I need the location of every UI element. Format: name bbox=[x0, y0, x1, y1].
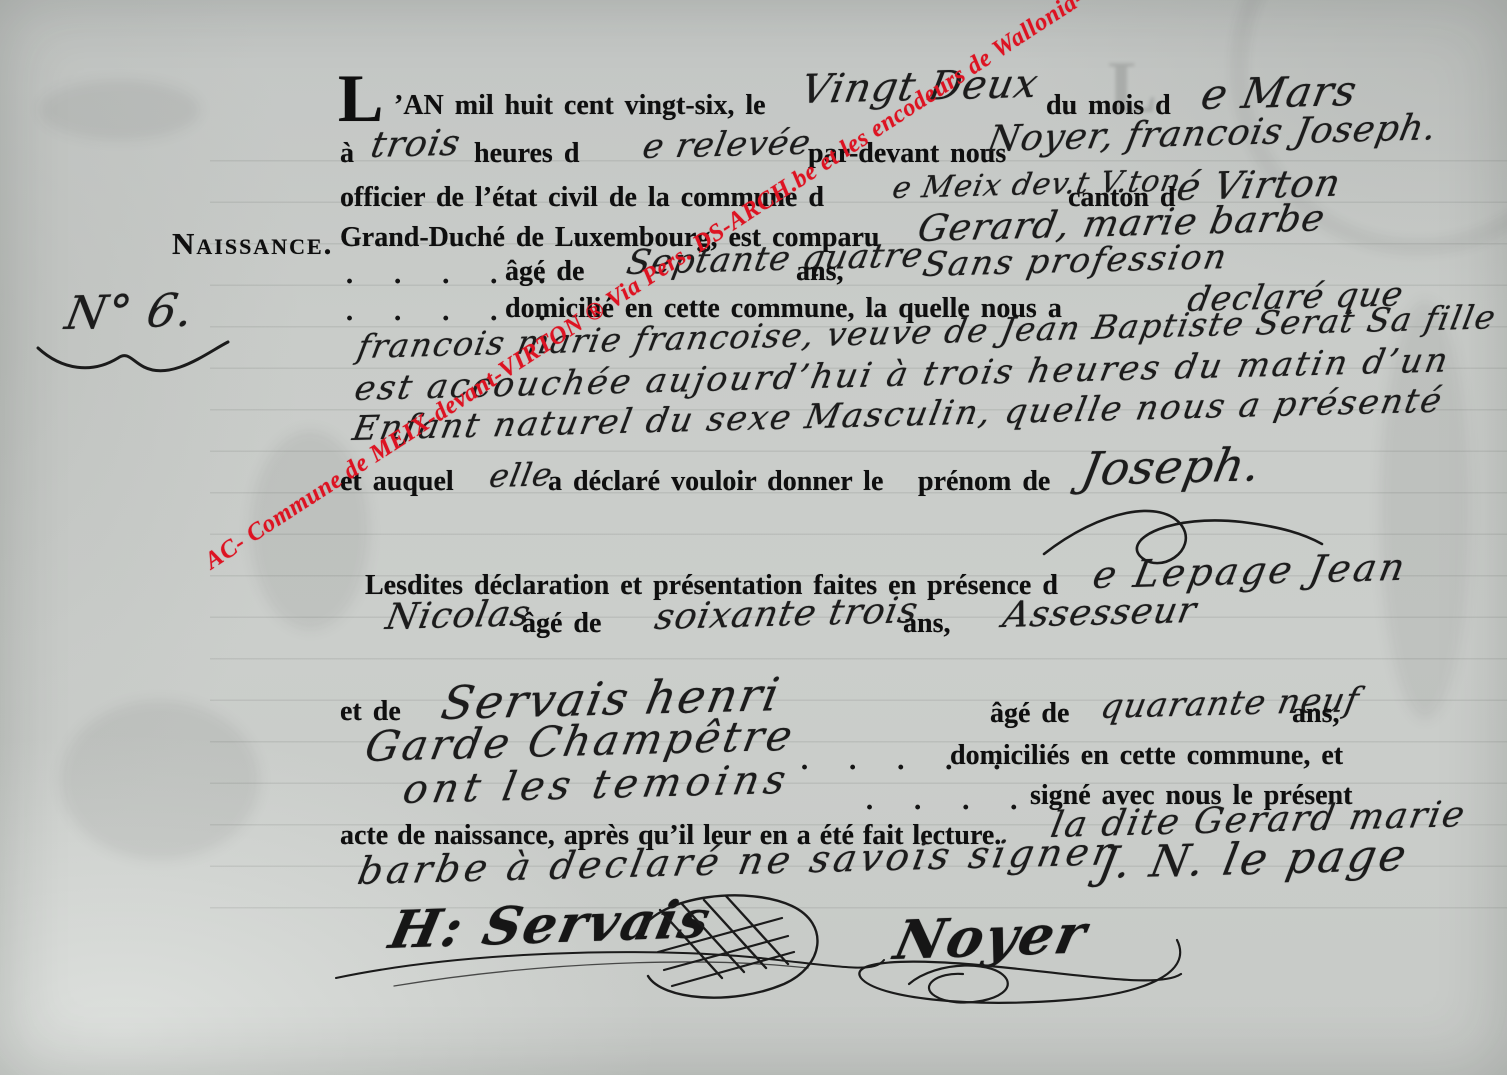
act-line14-printed-domicilies: domiciliés en cette commune, et bbox=[950, 742, 1343, 770]
record-number: N° 6. bbox=[62, 287, 198, 336]
act-line10-hand-elle: elle bbox=[487, 458, 556, 492]
act-line10-printed-declare-donner: a déclaré vouloir donner le bbox=[548, 468, 883, 496]
act-line5-printed-ans: ans, bbox=[796, 258, 843, 286]
act-line15-dotted-leader: . . . . bbox=[865, 788, 1033, 814]
act-line13-printed-age: âgé de bbox=[990, 700, 1069, 728]
act-line15-hand-ont-les-temoins: ont les temoins bbox=[400, 760, 794, 810]
act-line12-printed-ans: ans, bbox=[903, 610, 950, 638]
margin-label-naissance: Naissance. bbox=[172, 228, 333, 259]
act-line5-hand-profession: Sans profession bbox=[920, 240, 1231, 282]
signature-servais-paraph bbox=[330, 890, 890, 1015]
act-line12-hand-age: soixante trois bbox=[652, 593, 921, 636]
act-line10-hand-child-name: Joseph. bbox=[1078, 441, 1265, 492]
act-line11-hand-witness1-name: e Lepage Jean bbox=[1090, 548, 1411, 594]
signature-noyer-flourish bbox=[845, 932, 1200, 1037]
act-line1-printed-opening: ’AN mil huit cent vingt-six, le bbox=[394, 92, 766, 120]
act-line10-printed-prenom: prénom de bbox=[918, 468, 1050, 496]
record-number-flourish bbox=[30, 334, 240, 379]
paper-smudge bbox=[40, 80, 200, 140]
paper-smudge bbox=[60, 700, 260, 860]
act-line2-printed-a: à bbox=[340, 140, 354, 168]
act-line13-printed-ans: ans, bbox=[1292, 700, 1339, 728]
act-line5-printed-age: âgé de bbox=[505, 258, 584, 286]
act-line1-dropcap: L bbox=[338, 70, 383, 128]
act-line2-hand-hour: trois bbox=[368, 126, 464, 164]
act-line12-printed-age: âgé de bbox=[522, 610, 601, 638]
act-line2-printed-heures: heures d bbox=[474, 140, 579, 168]
act-line12-hand-nicolas: Nicolas bbox=[383, 596, 534, 636]
act-line12-hand-occupation: Assesseur bbox=[1000, 593, 1200, 634]
birth-act-scan: L Naissance. N° 6. L ’AN mil huit cent v… bbox=[0, 0, 1507, 1075]
act-line2-hand-relevee: e relevée bbox=[640, 126, 814, 164]
signature-lepage: J. N. le page bbox=[1095, 834, 1412, 886]
